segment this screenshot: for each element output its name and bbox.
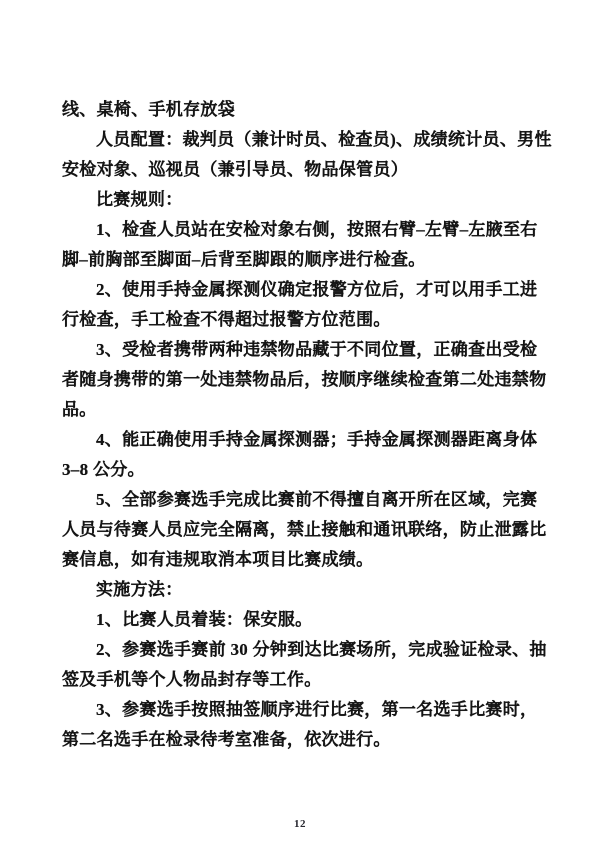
text-line: 3、受检者携带两种违禁物品藏于不同位置，正确查出受检 (62, 335, 562, 365)
text-line: 2、使用手持金属探测仪确定报警方位后，才可以用手工进 (62, 275, 562, 305)
text-line: 3–8 公分。 (62, 455, 562, 485)
text-line: 实施方法： (62, 575, 562, 605)
text-line: 4、能正确使用手持金属探测器；手持金属探测器距离身体 (62, 425, 562, 455)
text-line: 1、比赛人员着装：保安服。 (62, 605, 562, 635)
text-line: 2、参赛选手赛前 30 分钟到达比赛场所，完成验证检录、抽 (62, 635, 562, 665)
text-line: 5、全部参赛选手完成比赛前不得擅自离开所在区域，完赛 (62, 485, 562, 515)
text-line: 第二名选手在检录待考室准备，依次进行。 (62, 725, 562, 755)
text-line: 1、检查人员站在安检对象右侧，按照右臂–左臂–左腋至右 (62, 215, 562, 245)
text-line: 行检查，手工检查不得超过报警方位范围。 (62, 305, 562, 335)
text-line: 比赛规则： (62, 185, 562, 215)
page-number: 12 (0, 818, 600, 830)
text-line: 人员配置：裁判员（兼计时员、检查员)、成绩统计员、男性 (62, 125, 562, 155)
text-line: 3、参赛选手按照抽签顺序进行比赛，第一名选手比赛时， (62, 695, 562, 725)
text-line: 安检对象、巡视员（兼引导员、物品保管员） (62, 155, 562, 185)
text-line: 脚–前胸部至脚面–后背至脚跟的顺序进行检查。 (62, 245, 562, 275)
text-line: 人员与待赛人员应完全隔离，禁止接触和通讯联络，防止泄露比 (62, 515, 562, 545)
document-page: 线、桌椅、手机存放袋人员配置：裁判员（兼计时员、检查员)、成绩统计员、男性安检对… (0, 0, 600, 854)
text-line: 线、桌椅、手机存放袋 (62, 95, 562, 125)
text-line: 品。 (62, 395, 562, 425)
document-body: 线、桌椅、手机存放袋人员配置：裁判员（兼计时员、检查员)、成绩统计员、男性安检对… (62, 95, 562, 755)
text-line: 赛信息，如有违规取消本项目比赛成绩。 (62, 545, 562, 575)
text-line: 签及手机等个人物品封存等工作。 (62, 665, 562, 695)
text-line: 者随身携带的第一处违禁物品后，按顺序继续检查第二处违禁物 (62, 365, 562, 395)
